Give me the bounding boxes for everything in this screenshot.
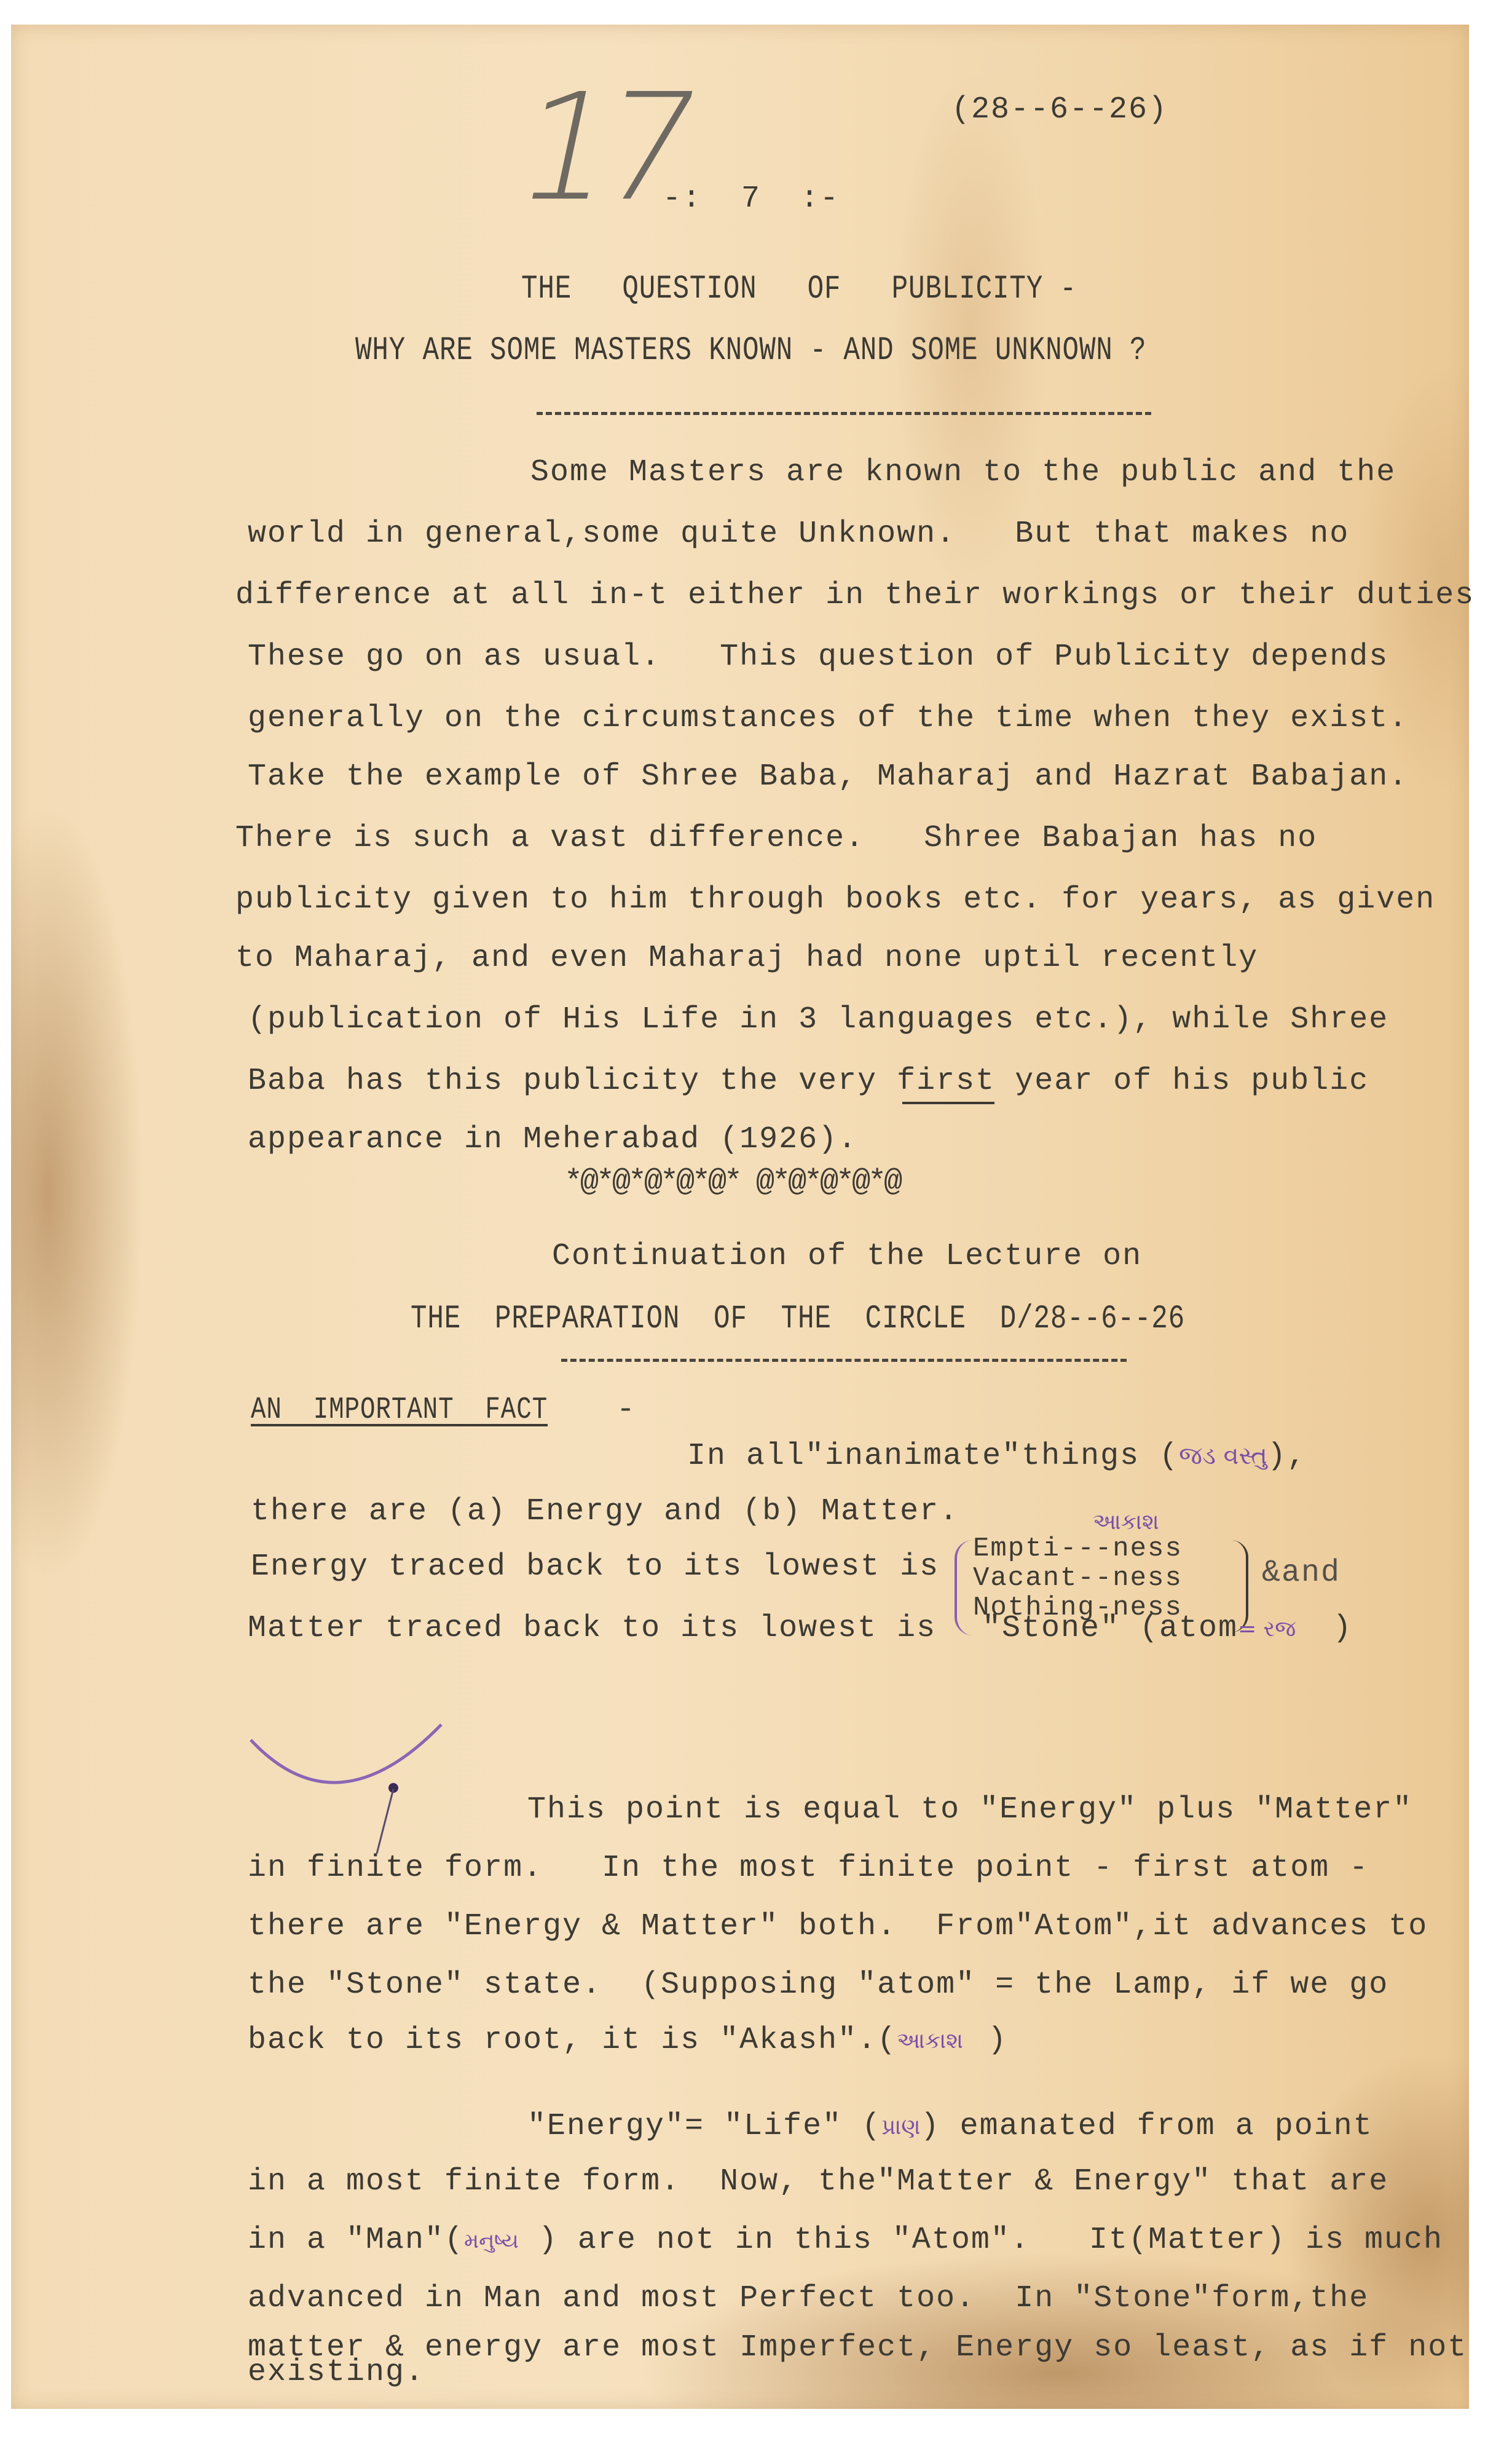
paragraph-line: publicity given to him through books etc… (235, 882, 1435, 917)
fact-line-2: there are (a) Energy and (b) Matter. (251, 1494, 959, 1529)
page-marker: -: 7 :- (663, 181, 840, 216)
paragraph-text: ) emanated from a point (921, 2109, 1373, 2144)
matter-trace-line: Matter traced back to its lowest is (248, 1611, 936, 1646)
paragraph-line: the "Stone" state. (Supposing "atom" = t… (248, 1967, 1388, 2002)
gujarati-annotation-raj: = રજ (1238, 1616, 1296, 1642)
paragraph-line: in finite form. In the most finite point… (248, 1851, 1369, 1886)
energy-trace-line: Energy traced back to its lowest is (251, 1549, 939, 1584)
paragraph-line: matter & energy are most Imperfect, Ener… (248, 2330, 1467, 2365)
energy-option-2: Vacant--ness (973, 1563, 1183, 1593)
akash-end: ) (988, 2023, 1007, 2058)
paragraph-line: Baba has this publicity the very first y… (248, 1064, 1369, 1099)
matter-value: "Stone" (atom= રજ) (982, 1611, 1352, 1646)
paragraph-line: Some Masters are known to the public and… (530, 455, 1396, 490)
point-curve-diagram-icon (238, 1722, 534, 1857)
energy-life-line: "Energy"= "Life" (પ્રાણ) emanated from a… (527, 2109, 1373, 2144)
paragraph-line: there are "Energy & Matter" both. From"A… (248, 1909, 1428, 1944)
paragraph-line: appearance in Meherabad (1926). (248, 1122, 857, 1157)
continuation-heading: Continuation of the Lecture on (552, 1239, 1142, 1274)
fact-line-1: In all"inanimate"things (જડ વસ્તુ), (687, 1439, 1307, 1474)
emphasis-underline (902, 1102, 994, 1104)
section-title: THE PREPARATION OF THE CIRCLE D/28--6--2… (411, 1300, 1185, 1338)
matter-end: ) (1333, 1611, 1352, 1646)
title-underline-rule (537, 412, 1151, 415)
paragraph-line: Take the example of Shree Baba, Maharaj … (248, 759, 1408, 794)
gujarati-annotation: જડ વસ્તુ (1179, 1442, 1267, 1470)
gujarati-annotation-pran: પ્રાણ (881, 2114, 921, 2140)
gujarati-annotation-akash-2: આકાશ (897, 2028, 963, 2054)
paragraph-line: This point is equal to "Energy" plus "Ma… (527, 1792, 1412, 1827)
gujarati-annotation-akash: આકાશ (1093, 1509, 1159, 1535)
paragraph-line: to Maharaj, and even Maharaj had none up… (235, 941, 1258, 976)
fact-text-end: ), (1267, 1439, 1307, 1474)
title-line-2: WHY ARE SOME MASTERS KNOWN - AND SOME UN… (355, 332, 1146, 370)
paragraph-line: These go on as usual. This question of P… (248, 639, 1388, 674)
left-brace (955, 1540, 975, 1635)
document-page: 17 (28--6--26) -: 7 :- THE QUESTION OF P… (11, 25, 1469, 2409)
fact-text: In all"inanimate"things ( (687, 1439, 1179, 1474)
paragraph-line: generally on the circumstances of the ti… (248, 701, 1408, 736)
energy-suffix: &and (1262, 1556, 1341, 1591)
important-fact-label: AN IMPORTANT FACT (251, 1393, 548, 1428)
paragraph-line: back to its root, it is "Akash".( (248, 2023, 897, 2058)
date-header: (28--6--26) (951, 92, 1168, 127)
man-line: in a "Man"(મનુષ્ય ) are not in this "Ato… (248, 2223, 1443, 2258)
paragraph-line: world in general,some quite Unknown. But… (248, 516, 1349, 551)
ornamental-separator: *@*@*@*@*@* @*@*@*@*@ (564, 1165, 900, 1200)
paragraph-line: existing. (248, 2355, 425, 2390)
paragraph-text: ) are not in this "Atom". It(Matter) is … (519, 2223, 1443, 2258)
paragraph-line: There is such a vast difference. Shree B… (235, 821, 1317, 856)
akash-line: back to its root, it is "Akash".(આકાશ) (248, 2023, 1007, 2058)
paragraph-line: in a most finite form. Now, the"Matter &… (248, 2164, 1388, 2199)
important-fact-dash: - (616, 1393, 636, 1428)
section-title-rule (561, 1359, 1127, 1362)
paragraph-text: "Energy"= "Life" ( (527, 2109, 881, 2144)
title-line-1: THE QUESTION OF PUBLICITY - (521, 271, 1077, 308)
energy-option-1: Empti---ness (973, 1534, 1183, 1563)
paragraph-line: advanced in Man and most Perfect too. In… (248, 2281, 1369, 2316)
paragraph-text: in a "Man"( (248, 2223, 464, 2258)
paragraph-line: difference at all in-t either in their w… (235, 578, 1475, 613)
paragraph-line: (publication of His Life in 3 languages … (248, 1002, 1388, 1037)
gujarati-annotation-manushya: મનુષ્ય (464, 2229, 519, 2253)
matter-text: "Stone" (atom (982, 1611, 1238, 1646)
